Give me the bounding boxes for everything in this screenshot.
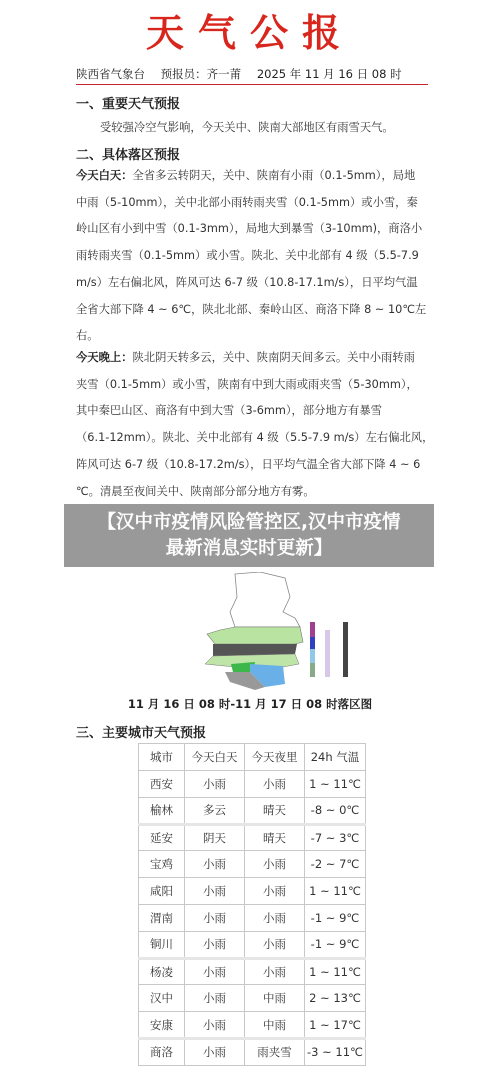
table-row: 商洛小雨雨夹雪-3 ~ 11℃ [139,1038,366,1065]
table-row: 汉中小雨中雨2 ~ 13℃ [139,985,366,1012]
daytime-label: 今天白天： [76,169,133,182]
table-row: 渭南小雨小雨-1 ~ 9℃ [139,904,366,931]
bulletin-meta: 陕西省气象台 预报员：齐一莆 2025 年 11 月 16 日 08 时 [76,66,428,85]
precipitation-map [195,572,375,692]
header-city: 城市 [139,744,185,771]
header-temp: 24h 气温 [305,744,366,771]
issuer: 陕西省气象台 [76,67,145,81]
section-heading-cities: 三、主要城市天气预报 [76,722,206,741]
issue-datetime: 2025 年 11 月 16 日 08 时 [257,67,402,81]
table-row: 西安小雨小雨1 ~ 11℃ [139,771,366,798]
city-forecast-table: 城市 今天白天 今天夜里 24h 气温 西安小雨小雨1 ~ 11℃ 榆林多云晴天… [138,743,366,1066]
important-forecast-text: 受较强冷空气影响，今天关中、陕南大部地区有雨雪天气。 [100,119,394,135]
table-header-row: 城市 今天白天 今天夜里 24h 气温 [139,744,366,771]
map-caption: 11 月 16 日 08 时-11 月 17 日 08 时落区图 [0,696,500,712]
bulletin-title: 天气公报 [0,2,500,57]
table-row: 榆林多云晴天-8 ~ 0℃ [139,797,366,824]
table-row: 宝鸡小雨小雨-2 ~ 7℃ [139,851,366,878]
night-forecast: 今天晚上：陕北阴天转多云，关中、陕南阴天间多云。关中小雨转雨 夹雪（0.1-5m… [76,345,438,505]
table-row: 延安阴天晴天-7 ~ 3℃ [139,824,366,851]
forecaster: 预报员：齐一莆 [161,67,242,81]
section-heading-important: 一、重要天气预报 [76,93,180,112]
table-row: 杨凌小雨小雨1 ~ 11℃ [139,958,366,985]
header-night: 今天夜里 [245,744,305,771]
table-row: 铜川小雨小雨-1 ~ 9℃ [139,931,366,958]
night-label: 今天晚上： [76,351,133,364]
table-row: 咸阳小雨小雨1 ~ 11℃ [139,878,366,905]
table-row: 安康小雨中雨1 ~ 17℃ [139,1012,366,1039]
banner-line-1: 【汉中市疫情风险管控区,汉中市疫情 [64,510,434,536]
daytime-forecast: 今天白天：全省多云转阴天，关中、陕南有小雨（0.1-5mm），局地 中雨（5-1… [76,163,438,350]
section-heading-detailed: 二、具体落区预报 [76,144,180,163]
banner-line-2: 最新消息实时更新】 [64,536,434,562]
header-day: 今天白天 [185,744,245,771]
headline-banner: 【汉中市疫情风险管控区,汉中市疫情 最新消息实时更新】 [64,504,434,567]
